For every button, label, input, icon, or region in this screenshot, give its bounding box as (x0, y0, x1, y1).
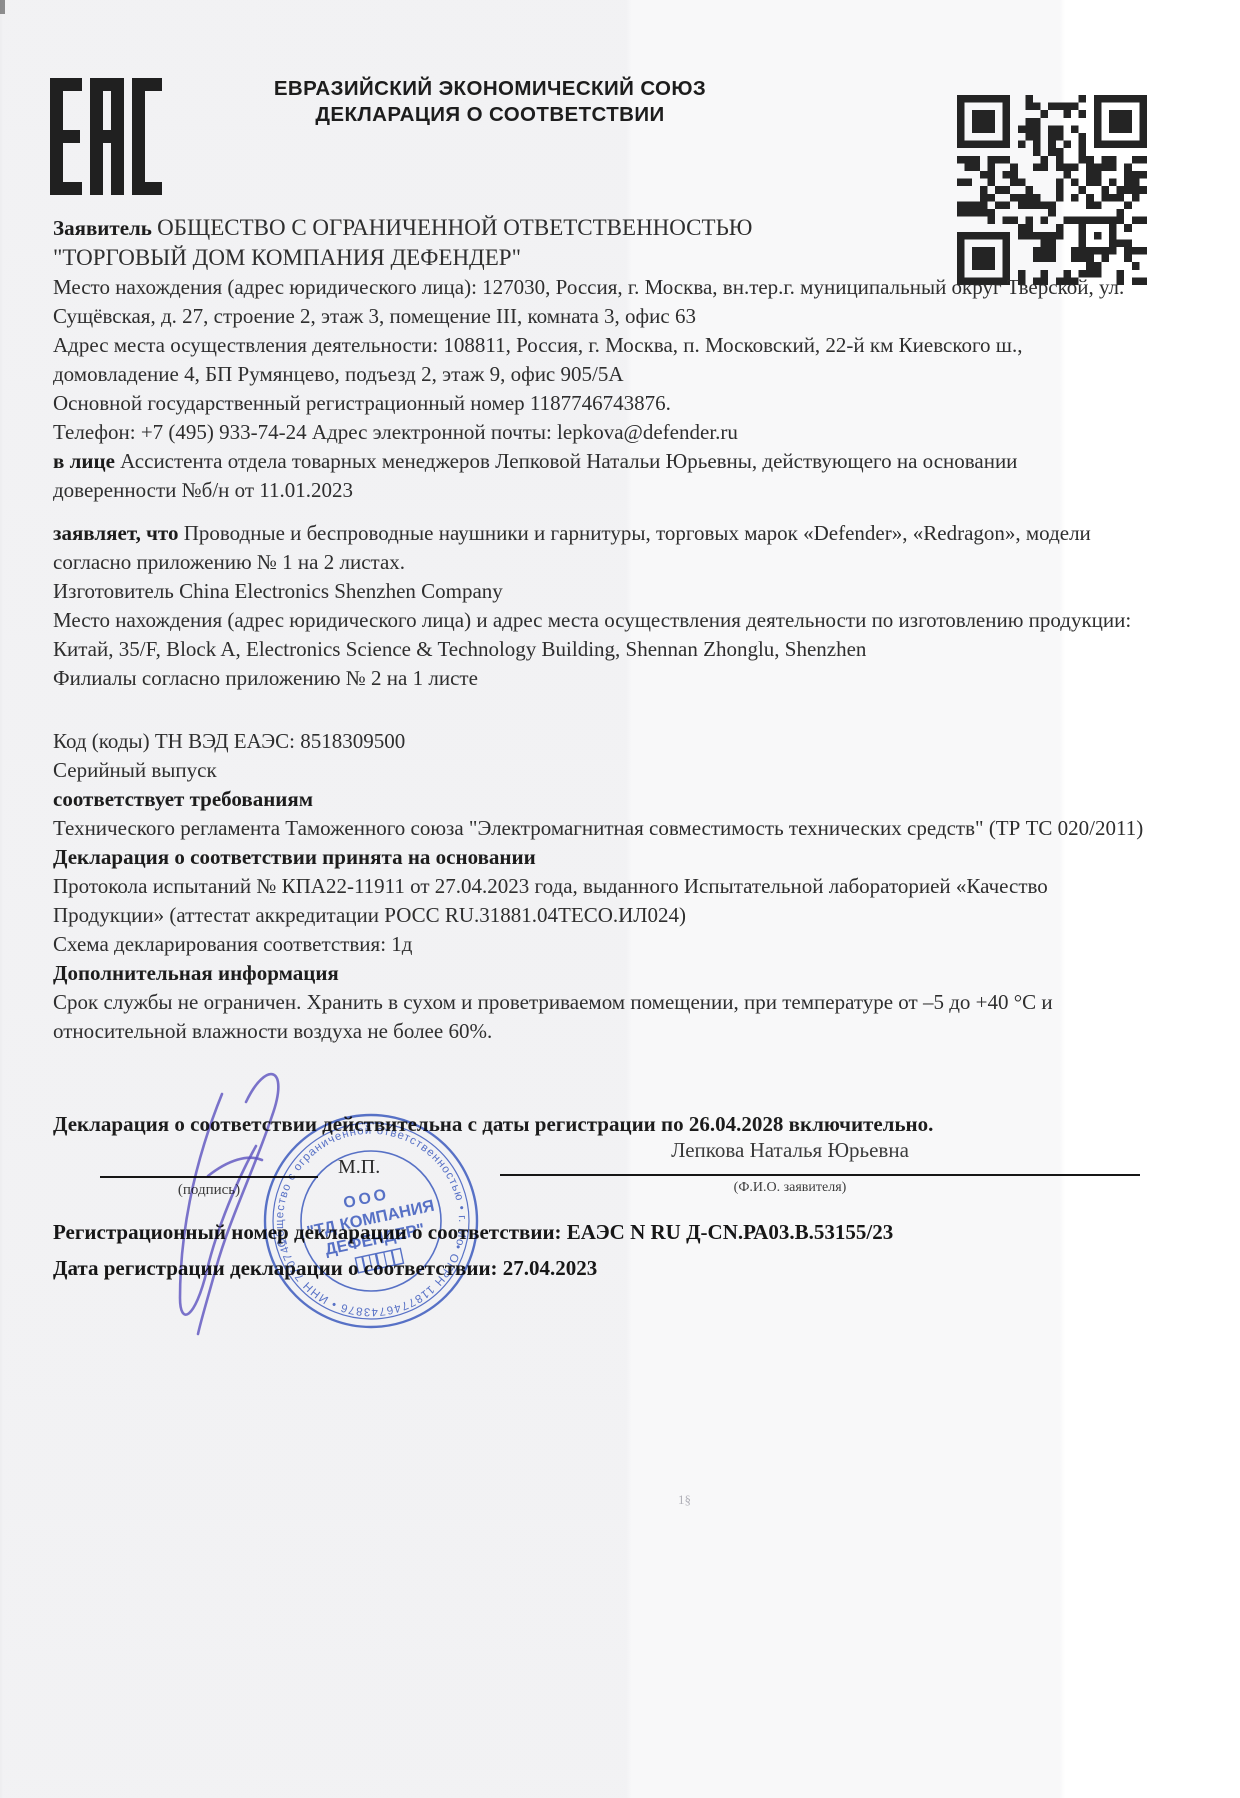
scheme-line: Схема декларирования соответствия: 1д (53, 930, 1153, 959)
scan-artifact (0, 0, 5, 14)
contact-line: Телефон: +7 (495) 933-74-24 Адрес электр… (53, 418, 1153, 447)
additional-label: Дополнительная информация (53, 959, 1153, 988)
manufacturer-line: Изготовитель China Electronics Shenzhen … (53, 577, 1153, 606)
declares-label: заявляет, что (53, 521, 178, 545)
manufacturer-address: Место нахождения (адрес юридического лиц… (53, 606, 1153, 664)
document-type: ДЕКЛАРАЦИЯ О СООТВЕТСТВИИ (195, 102, 785, 128)
representative-label: в лице (53, 449, 115, 473)
applicant-fio: Лепкова Наталья Юрьевна (540, 1138, 1040, 1163)
union-name: ЕВРАЗИЙСКИЙ ЭКОНОМИЧЕСКИЙ СОЮЗ (195, 76, 785, 102)
fio-line (500, 1174, 1140, 1176)
declares-paragraph: заявляет, что Проводные и беспроводные н… (53, 519, 1153, 577)
stamp-barcode (355, 1248, 403, 1272)
complies-text: Технического регламента Таможенного союз… (53, 814, 1153, 843)
document-title: ЕВРАЗИЙСКИЙ ЭКОНОМИЧЕСКИЙ СОЮЗ ДЕКЛАРАЦИ… (195, 76, 785, 128)
footer-page-mark: 1§ (678, 1492, 691, 1508)
applicant-paragraph: Заявитель ОБЩЕСТВО С ОГРАНИЧЕННОЙ ОТВЕТС… (53, 213, 853, 273)
serial-line: Серийный выпуск (53, 756, 1153, 785)
basis-label: Декларация о соответствии принята на осн… (53, 843, 1153, 872)
handwritten-signature (150, 1056, 310, 1356)
ogrn-line: Основной государственный регистрационный… (53, 389, 1153, 418)
fio-caption: (Ф.И.О. заявителя) (540, 1180, 1040, 1196)
declaration-body: Заявитель ОБЩЕСТВО С ОГРАНИЧЕННОЙ ОТВЕТС… (53, 213, 1153, 1046)
tnved-line: Код (коды) ТН ВЭД ЕАЭС: 8518309500 (53, 727, 1153, 756)
legal-address: Место нахождения (адрес юридического лиц… (53, 273, 1153, 331)
representative-paragraph: в лице Ассистента отдела товарных менедж… (53, 447, 1033, 505)
complies-label: соответствует требованиям (53, 785, 1153, 814)
declaration-document: ЕВРАЗИЙСКИЙ ЭКОНОМИЧЕСКИЙ СОЮЗ ДЕКЛАРАЦИ… (0, 0, 1240, 1798)
branches-line: Филиалы согласно приложению № 2 на 1 лис… (53, 664, 1153, 693)
applicant-label: Заявитель (53, 216, 152, 240)
activity-address: Адрес места осуществления деятельности: … (53, 331, 1153, 389)
additional-text: Срок службы не ограничен. Хранить в сухо… (53, 988, 1153, 1046)
representative-text: Ассистента отдела товарных менеджеров Ле… (53, 449, 1017, 502)
eac-mark-icon (50, 78, 162, 200)
applicant-name: ОБЩЕСТВО С ОГРАНИЧЕННОЙ ОТВЕТСТВЕННОСТЬЮ… (53, 215, 752, 270)
declares-text: Проводные и беспроводные наушники и гарн… (53, 521, 1091, 574)
basis-text: Протокола испытаний № КПА22-11911 от 27.… (53, 872, 1153, 930)
